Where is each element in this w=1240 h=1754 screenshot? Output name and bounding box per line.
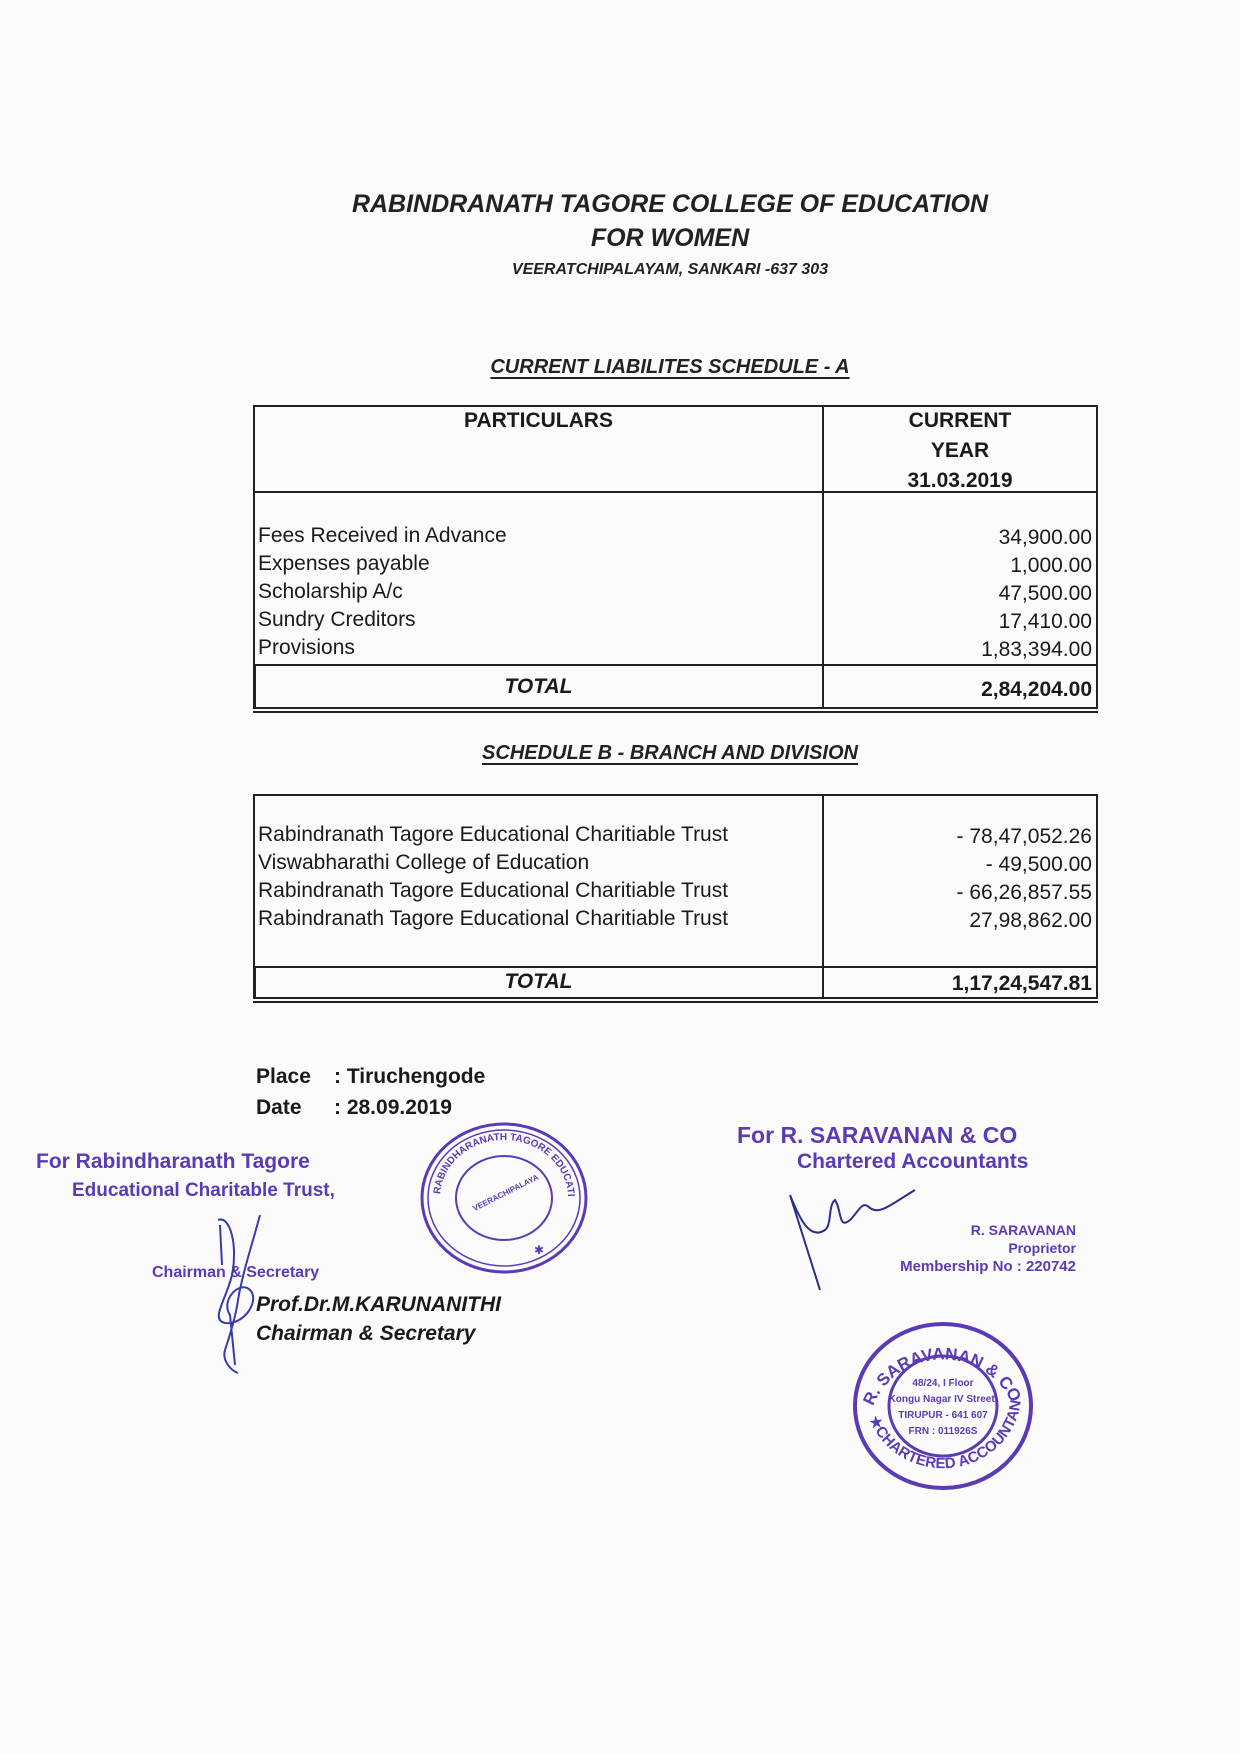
column-header-year: YEAR: [824, 436, 1096, 466]
schedule-b-total-label: TOTAL: [255, 970, 822, 994]
institution-name: RABINDRANATH TAGORE COLLEGE OF EDUCATION: [50, 190, 1240, 219]
auditor-role: Proprietor: [940, 1240, 1076, 1256]
row-particular: Provisions: [258, 634, 355, 662]
row-amount: 47,500.00: [824, 580, 1092, 608]
total-divider: [253, 664, 1098, 666]
schedule-b-title-text: SCHEDULE B - BRANCH AND DIVISION: [482, 742, 858, 764]
row-amount: - 78,47,052.26: [824, 823, 1092, 851]
chairman-signature-icon: [190, 1205, 310, 1375]
date-value: : 28.09.2019: [334, 1096, 452, 1120]
svg-text:✱: ✱: [534, 1243, 544, 1257]
row-particular: Viswabharathi College of Education: [258, 849, 589, 877]
schedule-b-total-amount: 1,17,24,547.81: [824, 972, 1092, 996]
row-particular: Sundry Creditors: [258, 606, 416, 634]
date-label: Date: [256, 1096, 302, 1120]
row-particular: Fees Received in Advance: [258, 522, 507, 550]
total-double-underline: [253, 1001, 1098, 1003]
row-particular: Rabindranath Tagore Educational Charitia…: [258, 877, 728, 905]
place-label: Place: [256, 1065, 311, 1089]
svg-text:TIRUPUR - 641 607: TIRUPUR - 641 607: [898, 1410, 988, 1421]
schedule-b-title: SCHEDULE B - BRANCH AND DIVISION: [50, 742, 1240, 765]
auditor-membership: Membership No : 220742: [860, 1258, 1076, 1275]
auditor-seal-icon: R. SARAVANAN & CO ★CHARTERED ACCOUNTANTS…: [848, 1318, 1038, 1494]
auditor-firm: For R. SARAVANAN & CO: [737, 1122, 1017, 1149]
row-amount: - 49,500.00: [824, 851, 1092, 879]
schedule-a-total-amount: 2,84,204.00: [824, 678, 1092, 702]
trust-stamp-line2: Educational Charitable Trust,: [72, 1180, 335, 1202]
row-particular: Scholarship A/c: [258, 578, 403, 606]
total-double-underline: [253, 711, 1098, 713]
schedule-a-title: CURRENT LIABILITES SCHEDULE - A: [50, 356, 1240, 379]
signatory-role: Chairman & Secretary: [256, 1322, 475, 1346]
row-particular: Rabindranath Tagore Educational Charitia…: [258, 905, 728, 933]
trust-seal-icon: RABINDHARANATH TAGORE EDUCATIONAL CHARIT…: [416, 1118, 592, 1278]
row-amount: 1,000.00: [824, 552, 1092, 580]
column-header-date: 31.03.2019: [824, 466, 1096, 496]
institution-name-line2: FOR WOMEN: [50, 224, 1240, 253]
row-amount: 17,410.00: [824, 608, 1092, 636]
schedule-a-total-label: TOTAL: [255, 675, 822, 699]
row-amount: 34,900.00: [824, 524, 1092, 552]
institution-address: VEERATCHIPALAYAM, SANKARI -637 303: [50, 261, 1240, 279]
schedule-a-title-text: CURRENT LIABILITES SCHEDULE - A: [490, 356, 849, 378]
row-amount: 1,83,394.00: [824, 636, 1092, 664]
row-amount: 27,98,862.00: [824, 907, 1092, 935]
svg-text:Kongu Nagar IV Street,: Kongu Nagar IV Street,: [889, 1394, 998, 1405]
row-particular: Expenses payable: [258, 550, 430, 578]
auditor-designation: Chartered Accountants: [797, 1150, 1028, 1174]
auditor-name: R. SARAVANAN: [940, 1222, 1076, 1238]
column-header-current: CURRENT: [824, 406, 1096, 436]
place-value: : Tiruchengode: [334, 1065, 485, 1089]
svg-text:48/24, I Floor: 48/24, I Floor: [912, 1378, 973, 1389]
total-divider: [253, 966, 1098, 968]
row-amount: - 66,26,857.55: [824, 879, 1092, 907]
svg-text:FRN : 011926S: FRN : 011926S: [909, 1426, 978, 1437]
row-particular: Rabindranath Tagore Educational Charitia…: [258, 821, 728, 849]
trust-stamp-line1: For Rabindharanath Tagore: [36, 1150, 310, 1174]
column-header-particulars: PARTICULARS: [255, 406, 822, 436]
signatory-name: Prof.Dr.M.KARUNANITHI: [256, 1293, 501, 1317]
